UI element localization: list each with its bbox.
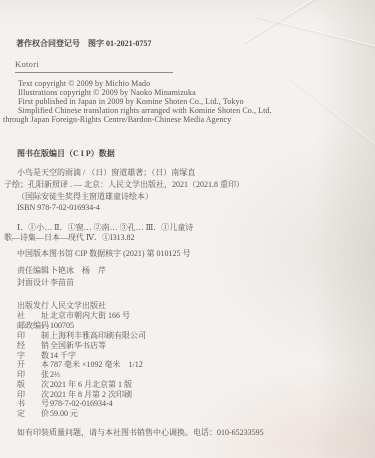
cip-entry-line: 子绘；孔阳新照译 . — 北京：人民文学出版社，2021（2021.8 重印）	[4, 179, 244, 190]
colophon-value: 全国新华书店等	[50, 341, 106, 350]
colophon-value: 北京市朝内大街 166 号	[50, 311, 130, 320]
copyright-line: Text copyright © 2009 by Michio Mado	[18, 79, 150, 88]
copyright-line: through Japan Foreign-Rights Centre/Bard…	[3, 115, 231, 124]
credit-row-editor: 责任编辑 卜艳冰 杨 芹	[17, 265, 106, 276]
copyright-line: Simplified Chinese translation rights ar…	[18, 106, 272, 115]
copyright-line: First published in Japan in 2009 by Komi…	[18, 97, 244, 106]
colophon-label: 定 价	[17, 408, 48, 419]
paper-crease	[257, 16, 375, 53]
cip-record-number: 中国版本图书馆 CIP 数据核字 (2021) 第 010125 号	[17, 248, 190, 259]
colophon-value: 2021 年 6 月北京第 1 版	[50, 380, 132, 389]
colophon-value: 787 毫米 ×1092 毫米 1/12	[50, 360, 143, 369]
colophon-value: 2⅔	[50, 370, 60, 379]
colophon-value: 人民文学出版社	[50, 301, 106, 310]
colophon-value: 59.00 元	[50, 409, 78, 418]
colophon-value: 100705	[50, 321, 74, 330]
designer-label: 封面设计	[17, 277, 48, 288]
editor-name: 卜艳冰 杨 芹	[50, 266, 106, 275]
quality-exchange-note: 如有印装质量问题，请与本社图书销售中心调换。电话：010-65233595	[17, 427, 264, 438]
colophon-value: 978-7-02-016934-4	[50, 399, 113, 408]
copyright-page: 著作权合同登记号 图字 01-2021-0757 Kotori Text cop…	[0, 0, 375, 458]
isbn-line: ISBN 978-7-02-016934-4	[17, 203, 100, 212]
copyright-line: Illustrations copyright © 2009 by Naoko …	[18, 88, 196, 97]
editor-label: 责任编辑	[17, 265, 48, 276]
original-title: Kotori	[15, 59, 39, 69]
cip-series-note: （国际安徒生奖得主窗道雄童诗绘本）	[17, 191, 153, 202]
copyright-registration-number: 著作权合同登记号 图字 01-2021-0757	[16, 38, 151, 49]
cip-heading: 图书在版编目（C I P）数据	[17, 148, 115, 159]
colophon-row-price: 定 价 59.00 元	[17, 408, 78, 419]
divider-line	[15, 72, 173, 73]
colophon-value: 上海利丰雅高印刷有限公司	[50, 331, 146, 340]
paper-crease	[290, 77, 375, 164]
designer-name: 李苗苗	[50, 278, 74, 287]
credit-row-designer: 封面设计 李苗苗	[17, 277, 74, 288]
cip-classification-line: 歌—诗集—日本—现代 Ⅳ．①I313.82	[4, 232, 135, 243]
paper-crease	[244, 0, 321, 43]
cip-entry-line: 小鸟是天空的雨滴 / （日）窗道雄著；（日）南塚直	[17, 167, 195, 178]
